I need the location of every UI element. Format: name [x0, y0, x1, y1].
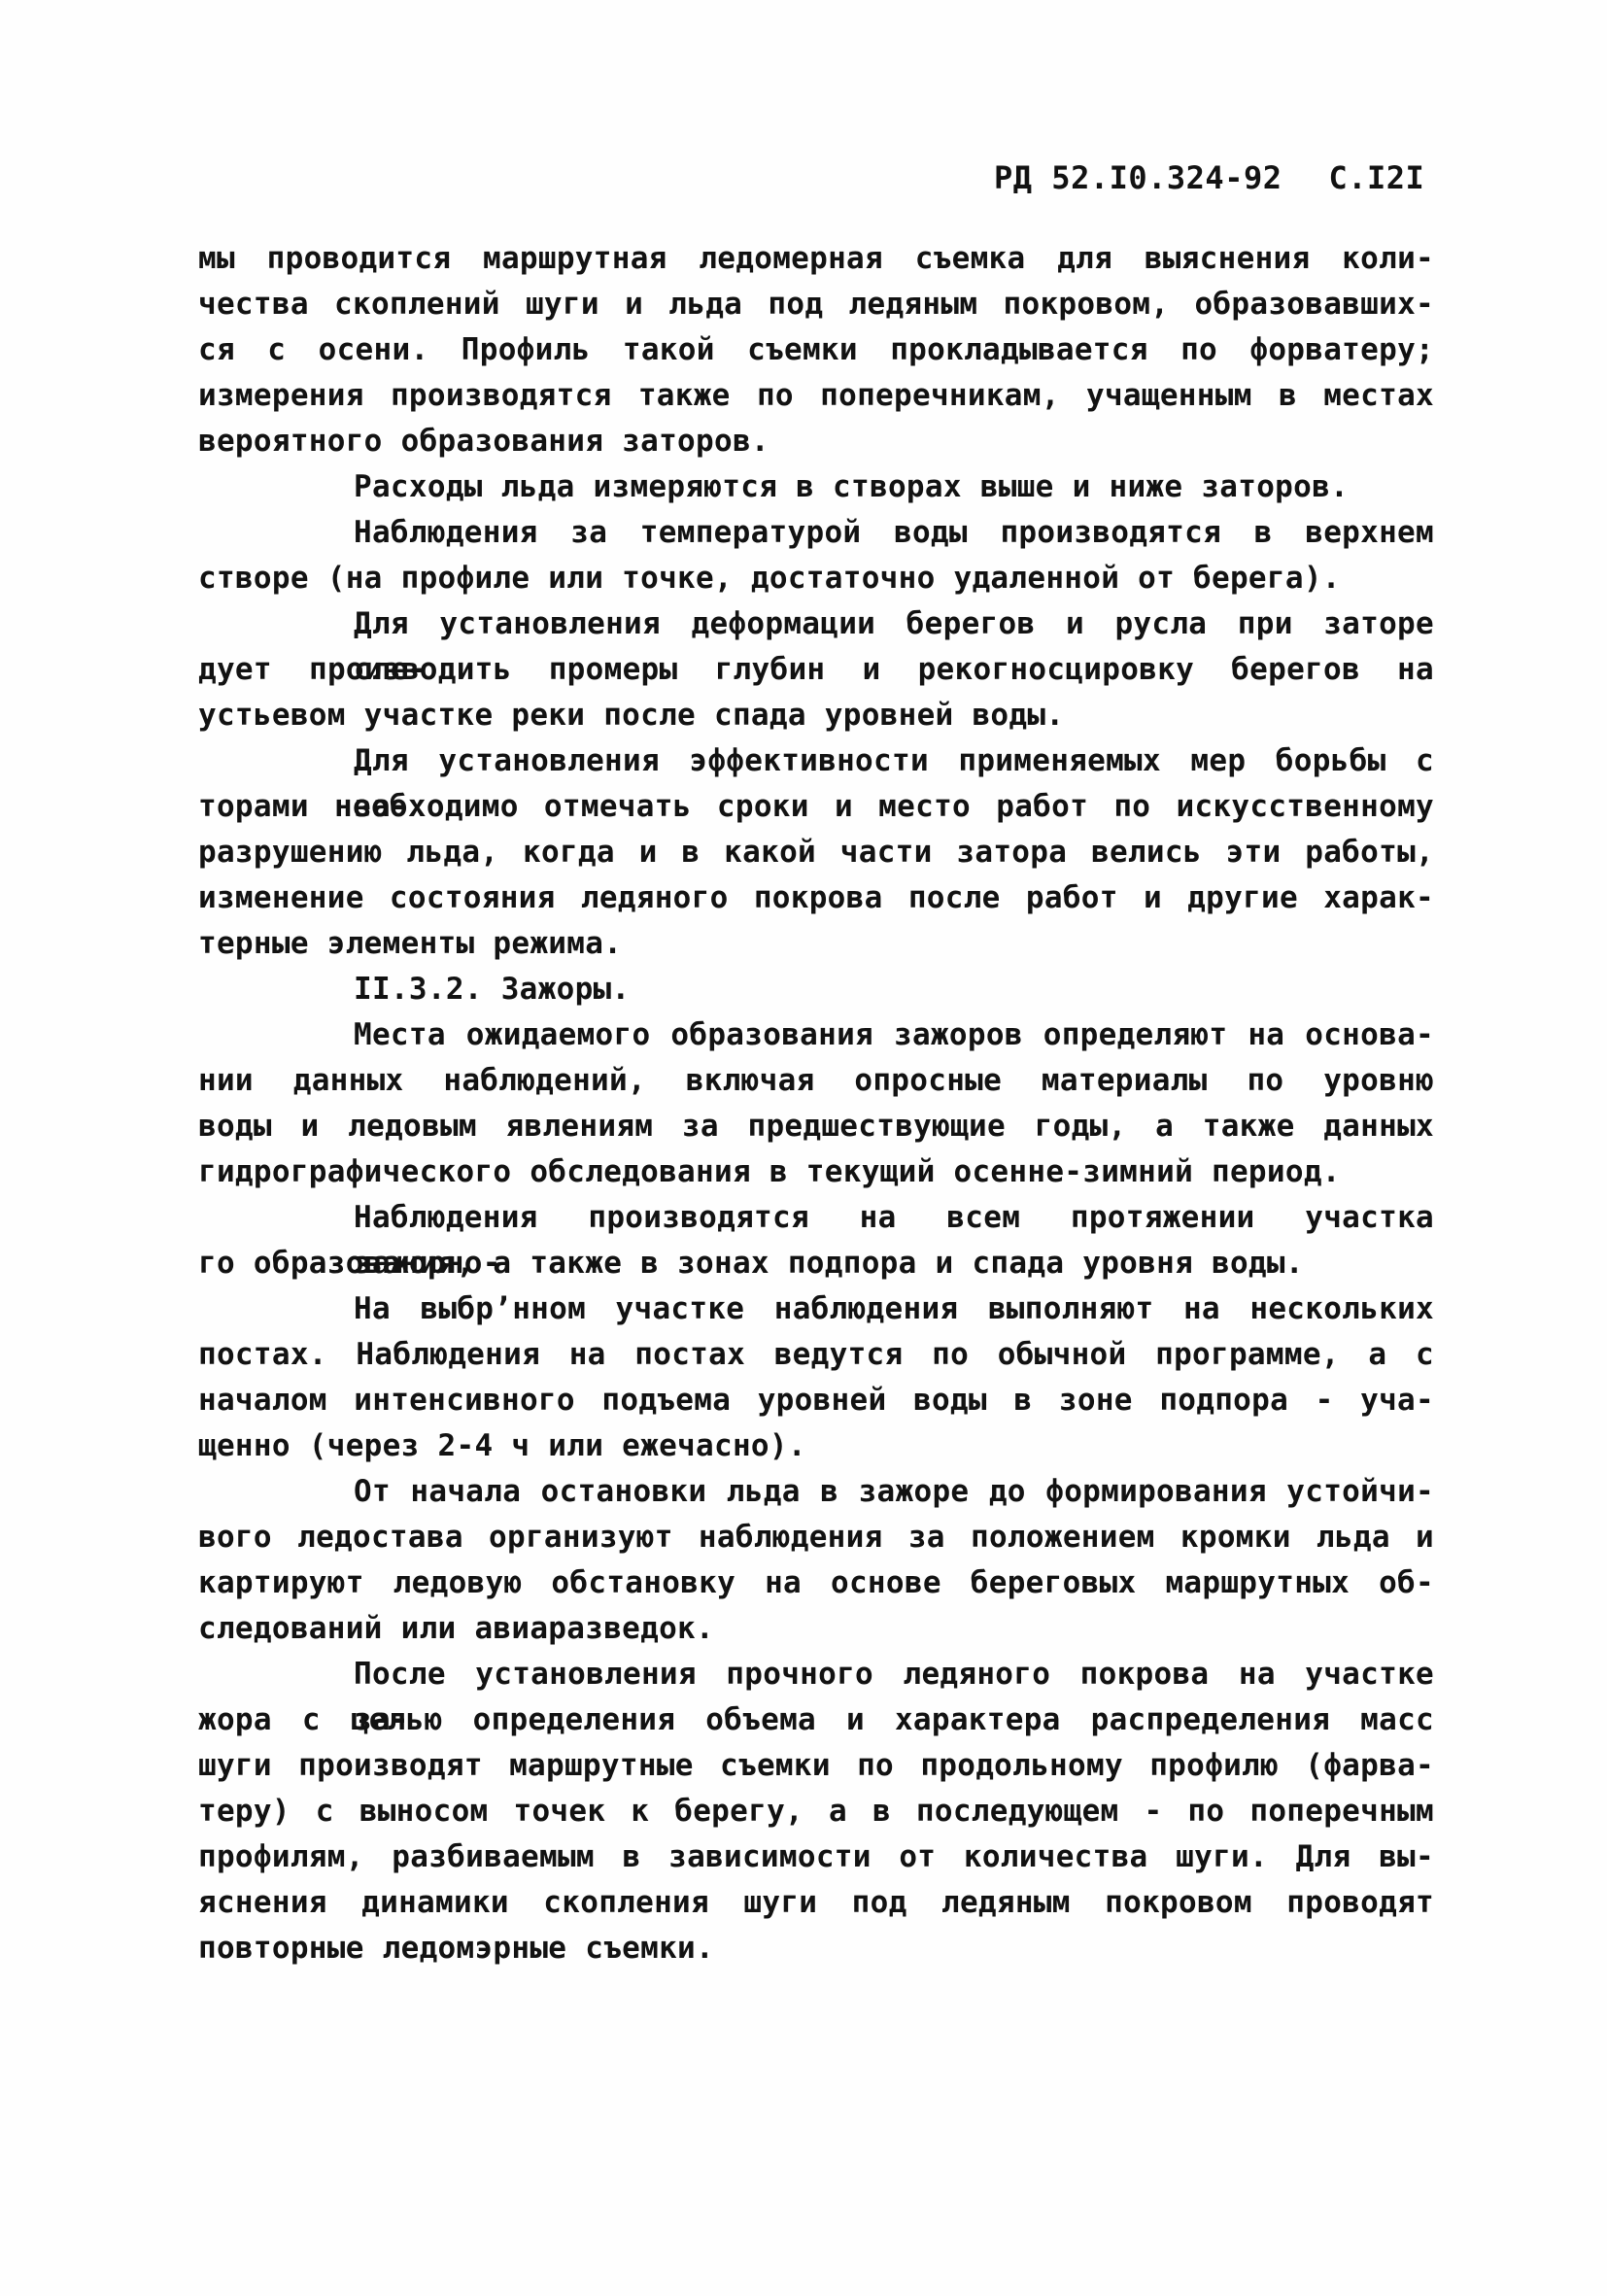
text-line: го образования, а также в зонах подпора …: [198, 1241, 1434, 1286]
text-line: Для установления эффективности применяем…: [198, 738, 1434, 784]
text-line: нии данных наблюдений, включая опросные …: [198, 1058, 1434, 1104]
text-line: Расходы льда измеряются в створах выше и…: [198, 464, 1434, 510]
paragraph-continuation: мы проводится маршрутная ледомерная съем…: [198, 236, 1434, 464]
text-line: От начала остановки льда в зажоре до фор…: [198, 1469, 1434, 1515]
text-line: постах. Наблюдения на постах ведутся по …: [198, 1332, 1434, 1378]
text-line: Наблюдения производятся на всем протяжен…: [198, 1195, 1434, 1241]
doc-number: РД 52.I0.324-92: [994, 159, 1282, 196]
text-line: измерения производятся также по поперечн…: [198, 373, 1434, 419]
text-line: изменение состояния ледяного покрова пос…: [198, 875, 1434, 921]
text-line: теру) с выносом точек к берегу, а в посл…: [198, 1789, 1434, 1834]
paragraph: Для установления эффективности применяем…: [198, 738, 1434, 967]
paragraph: Расходы льда измеряются в створах выше и…: [198, 464, 1434, 510]
text-line: Для установления деформации берегов и ру…: [198, 601, 1434, 647]
text-line: воды и ледовым явлениям за предшествующи…: [198, 1104, 1434, 1149]
text-line: Места ожидаемого образования зажоров опр…: [198, 1012, 1434, 1058]
scanned-document-page: РД 52.I0.324-92С.I2I мы проводится маршр…: [0, 0, 1607, 2296]
text-line: началом интенсивного подъема уровней вод…: [198, 1378, 1434, 1423]
section-heading-11-3-2: II.3.2. Зажоры.: [198, 967, 1434, 1012]
text-line: устьевом участке реки после спада уровне…: [198, 693, 1434, 738]
text-line: гидрографического обследования в текущий…: [198, 1149, 1434, 1195]
paragraph: Места ожидаемого образования зажоров опр…: [198, 1012, 1434, 1195]
text-line: профилям, разбиваемым в зависимости от к…: [198, 1834, 1434, 1880]
text-line: мы проводится маршрутная ледомерная съем…: [198, 236, 1434, 282]
paragraph: На выбр’нном участке наблюдения выполняю…: [198, 1286, 1434, 1469]
text-line: створе (на профиле или точке, достаточно…: [198, 556, 1434, 601]
text-line: картируют ледовую обстановку на основе б…: [198, 1560, 1434, 1606]
page-number: С.I2I: [1328, 159, 1424, 196]
page-header: РД 52.I0.324-92С.I2I: [994, 157, 1424, 198]
paragraph: Наблюдения производятся на всем протяжен…: [198, 1195, 1434, 1286]
text-line: вероятного образования заторов.: [198, 419, 1434, 464]
paragraph: От начала остановки льда в зажоре до фор…: [198, 1469, 1434, 1652]
text-line: яснения динамики скопления шуги под ледя…: [198, 1880, 1434, 1926]
text-line: Наблюдения за температурой воды производ…: [198, 510, 1434, 556]
text-line: ся с осени. Профиль такой съемки проклад…: [198, 327, 1434, 373]
text-line: дует производить промеры глубин и рекогн…: [198, 647, 1434, 693]
text-line: На выбр’нном участке наблюдения выполняю…: [198, 1286, 1434, 1332]
text-line: шуги производят маршрутные съемки по про…: [198, 1743, 1434, 1789]
text-line: II.3.2. Зажоры.: [198, 967, 1434, 1012]
text-line: следований или авиаразведок.: [198, 1606, 1434, 1652]
text-line: После установления прочного ледяного пок…: [198, 1652, 1434, 1697]
text-line: повторные ледомэрные съемки.: [198, 1926, 1434, 1971]
text-line: жора с целью определения объема и характ…: [198, 1697, 1434, 1743]
text-body: мы проводится маршрутная ледомерная съем…: [198, 236, 1434, 1971]
text-line: вого ледостава организуют наблюдения за …: [198, 1515, 1434, 1560]
paragraph: После установления прочного ледяного пок…: [198, 1652, 1434, 1971]
text-line: терные элементы режима.: [198, 921, 1434, 967]
text-line: щенно (через 2-4 ч или ежечасно).: [198, 1423, 1434, 1469]
text-line: чества скоплений шуги и льда под ледяным…: [198, 282, 1434, 327]
paragraph: Для установления деформации берегов и ру…: [198, 601, 1434, 738]
paragraph: Наблюдения за температурой воды производ…: [198, 510, 1434, 601]
text-line: разрушению льда, когда и в какой части з…: [198, 830, 1434, 875]
text-line: торами необходимо отмечать сроки и место…: [198, 784, 1434, 830]
